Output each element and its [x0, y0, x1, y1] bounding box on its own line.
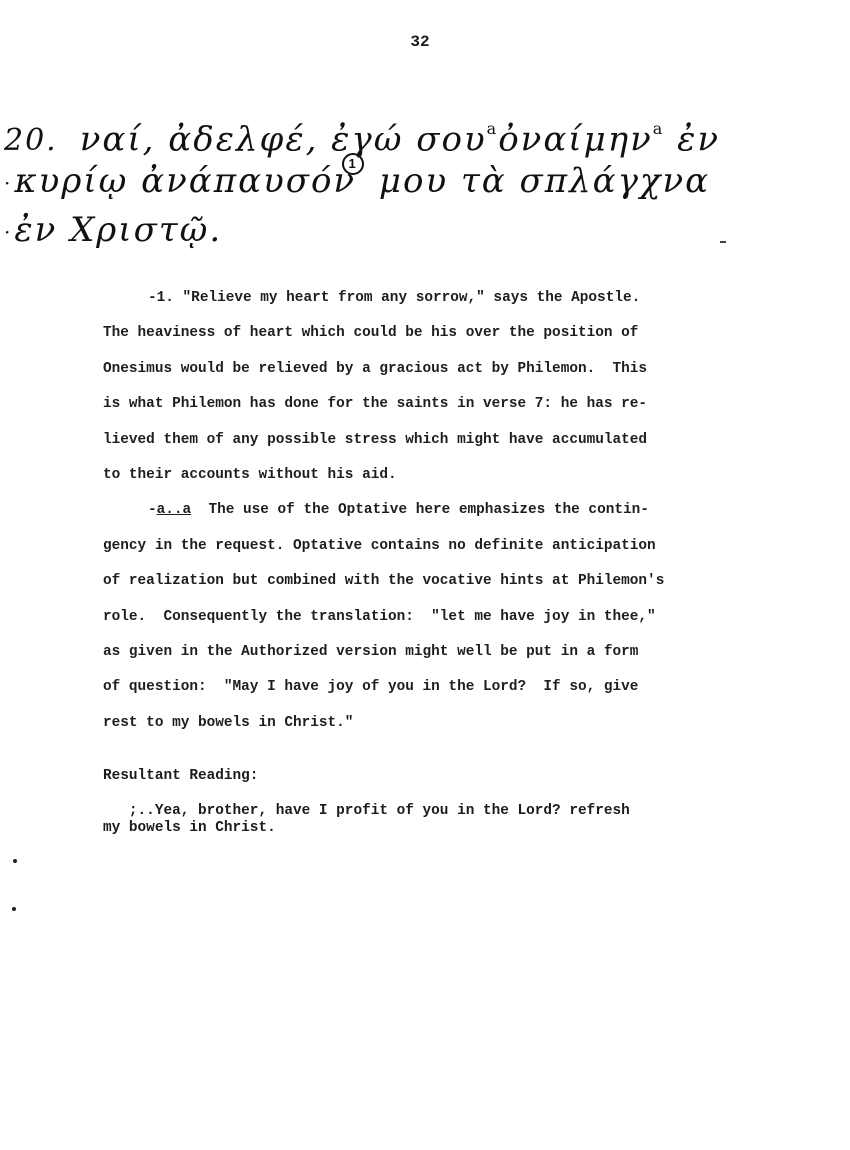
greek-text: ναί, ἀδελφέ, ἐγώ σου	[80, 119, 487, 159]
greek-text: κυρίῳ ἀνάπαυσόν	[14, 161, 356, 201]
footnote-marker-circled: 1	[342, 153, 364, 175]
resultant-line: ;..Yea, brother, have I profit of you in…	[103, 803, 630, 820]
greek-text: μου τὰ σπλάγχνα	[366, 161, 710, 201]
note-1-line: lieved them of any possible stress which…	[103, 428, 803, 463]
note-a-first-line: -a..a The use of the Optative here empha…	[103, 498, 803, 533]
greek-line-3: ·ἐν Χριστῷ.	[4, 206, 720, 255]
note-a-line: rest to my bowels in Christ."	[103, 711, 803, 746]
note-1-line: The heaviness of heart which could be hi…	[103, 321, 803, 356]
annotation-mark: a	[487, 119, 499, 138]
note-1-line: to their accounts without his aid.	[103, 463, 803, 498]
resultant-reading: ;..Yea, brother, have I profit of you in…	[103, 803, 630, 837]
scan-mark	[720, 241, 726, 243]
margin-dot: ·	[4, 171, 12, 195]
note-1-line: Onesimus would be relieved by a gracious…	[103, 357, 803, 392]
note-1-line: -1. "Relieve my heart from any sorrow," …	[103, 286, 803, 321]
scan-speck	[13, 859, 17, 863]
note-a-line: of question: "May I have joy of you in t…	[103, 675, 803, 710]
note-a-prefix: -	[148, 502, 157, 518]
note-a-line: gency in the request. Optative contains …	[103, 534, 803, 569]
page-number: 32	[0, 33, 840, 51]
commentary: -1. "Relieve my heart from any sorrow," …	[103, 286, 803, 746]
note-a-marker: a..a	[157, 502, 192, 518]
note-a-text: The use of the Optative here emphasizes …	[191, 502, 649, 518]
greek-line-1: 20.ναί, ἀδελφέ, ἐγώ σουaὀναίμηνa ἐν	[4, 108, 720, 157]
greek-text: ὀναίμην	[498, 119, 653, 159]
greek-text: ἐν	[664, 119, 720, 159]
margin-dot: ·	[4, 220, 12, 244]
scan-speck	[12, 907, 16, 911]
greek-text: ἐν Χριστῷ.	[14, 210, 222, 250]
note-1-line: is what Philemon has done for the saints…	[103, 392, 803, 427]
annotation-mark: a	[653, 119, 665, 138]
note-a-line: of realization but combined with the voc…	[103, 569, 803, 604]
note-a-line: role. Consequently the translation: "let…	[103, 605, 803, 640]
resultant-reading-label: Resultant Reading:	[103, 768, 258, 784]
greek-passage: 20.ναί, ἀδελφέ, ἐγώ σουaὀναίμηνa ἐν ·κυρ…	[4, 108, 720, 255]
note-a-line: as given in the Authorized version might…	[103, 640, 803, 675]
resultant-line: my bowels in Christ.	[103, 820, 630, 837]
verse-number: 20.	[4, 123, 58, 158]
greek-line-2: ·κυρίῳ ἀνάπαυσόν1 μου τὰ σπλάγχνα	[4, 157, 720, 206]
